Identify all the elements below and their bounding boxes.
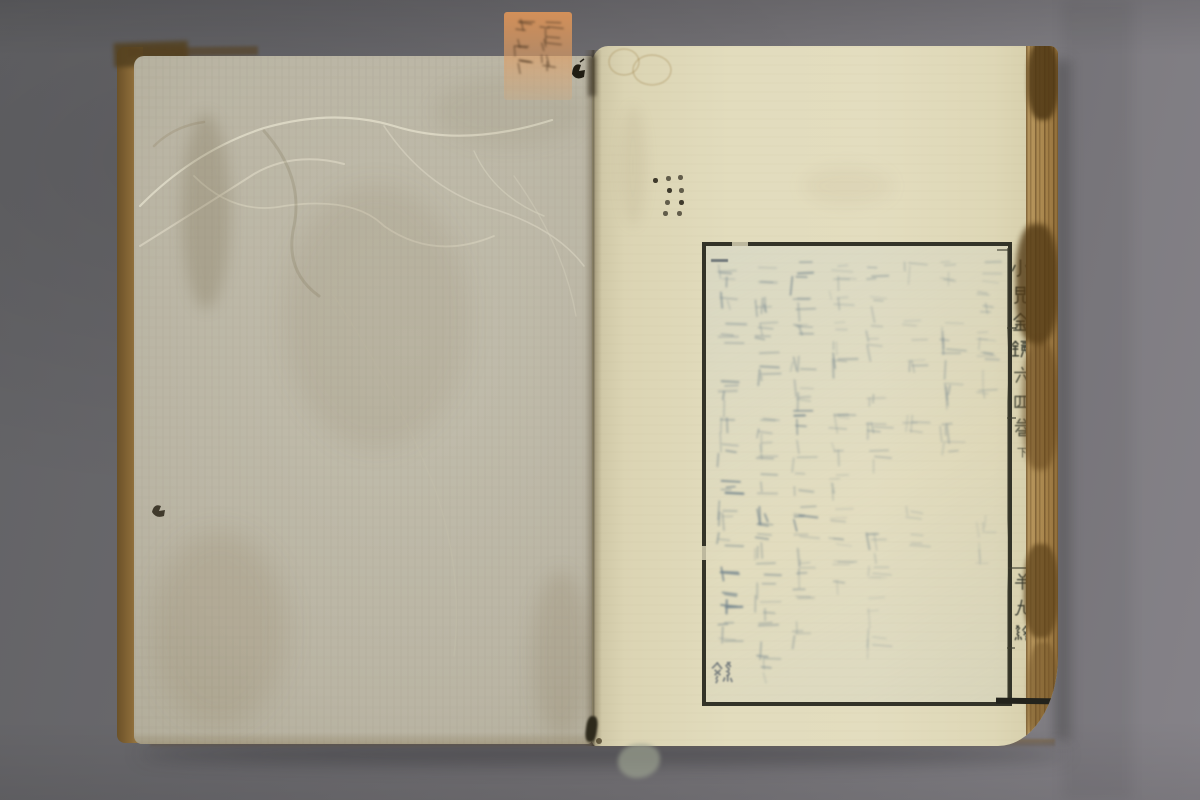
- ink-dot: [679, 200, 684, 205]
- ink-dot: [653, 178, 658, 183]
- right-page-smudge: [802, 166, 892, 206]
- ink-blot: [568, 58, 588, 84]
- repair-slip-strokes: [504, 12, 572, 100]
- right-page: [592, 46, 1058, 746]
- left-page-stain: [532, 571, 590, 736]
- ink-dot: [679, 188, 684, 193]
- folio-tick: [997, 249, 1009, 251]
- folio-column-rule: [1007, 248, 1009, 700]
- frame-border-gap: [732, 242, 748, 246]
- fold-edge-stain: [1028, 46, 1058, 120]
- ink-dot: [666, 176, 671, 181]
- wormhole-mark: [148, 500, 172, 522]
- text-frame: [702, 242, 1012, 706]
- mirrored-showthrough-text: [710, 250, 1012, 706]
- ink-dot: [663, 211, 668, 216]
- stain-ring: [632, 54, 672, 86]
- ink-dot: [678, 175, 683, 180]
- left-page-stain: [182, 114, 230, 309]
- backdrop-shade-band: [1062, 0, 1132, 800]
- gutter-top-shadow: [588, 56, 596, 96]
- fold-edge-stain: [1016, 224, 1058, 344]
- gutter-speck: [596, 738, 602, 744]
- ink-dot: [665, 200, 670, 205]
- fold-edge-stain: [1024, 544, 1058, 638]
- left-page-stain: [152, 531, 287, 726]
- photo-of-open-book: [0, 0, 1200, 800]
- dark-mirrored-character: [709, 660, 735, 690]
- left-page-bottom-shade: [134, 732, 593, 744]
- frame-border-gap: [702, 546, 706, 560]
- left-page-stain: [284, 184, 469, 449]
- gutter-fold: [584, 50, 602, 746]
- cjk-glyph: [709, 660, 735, 686]
- right-page-smudge: [620, 106, 646, 226]
- ink-dot: [667, 188, 672, 193]
- dash-mark: [711, 259, 728, 262]
- left-page-blank: [134, 56, 593, 744]
- ink-dot: [677, 211, 682, 216]
- fold-edge-stain: [1022, 340, 1058, 470]
- fold-edge-stain: [1028, 642, 1058, 746]
- folio-tick: [1007, 647, 1015, 649]
- frame-line-over-fold: [996, 698, 1058, 705]
- repair-slip: [504, 12, 572, 100]
